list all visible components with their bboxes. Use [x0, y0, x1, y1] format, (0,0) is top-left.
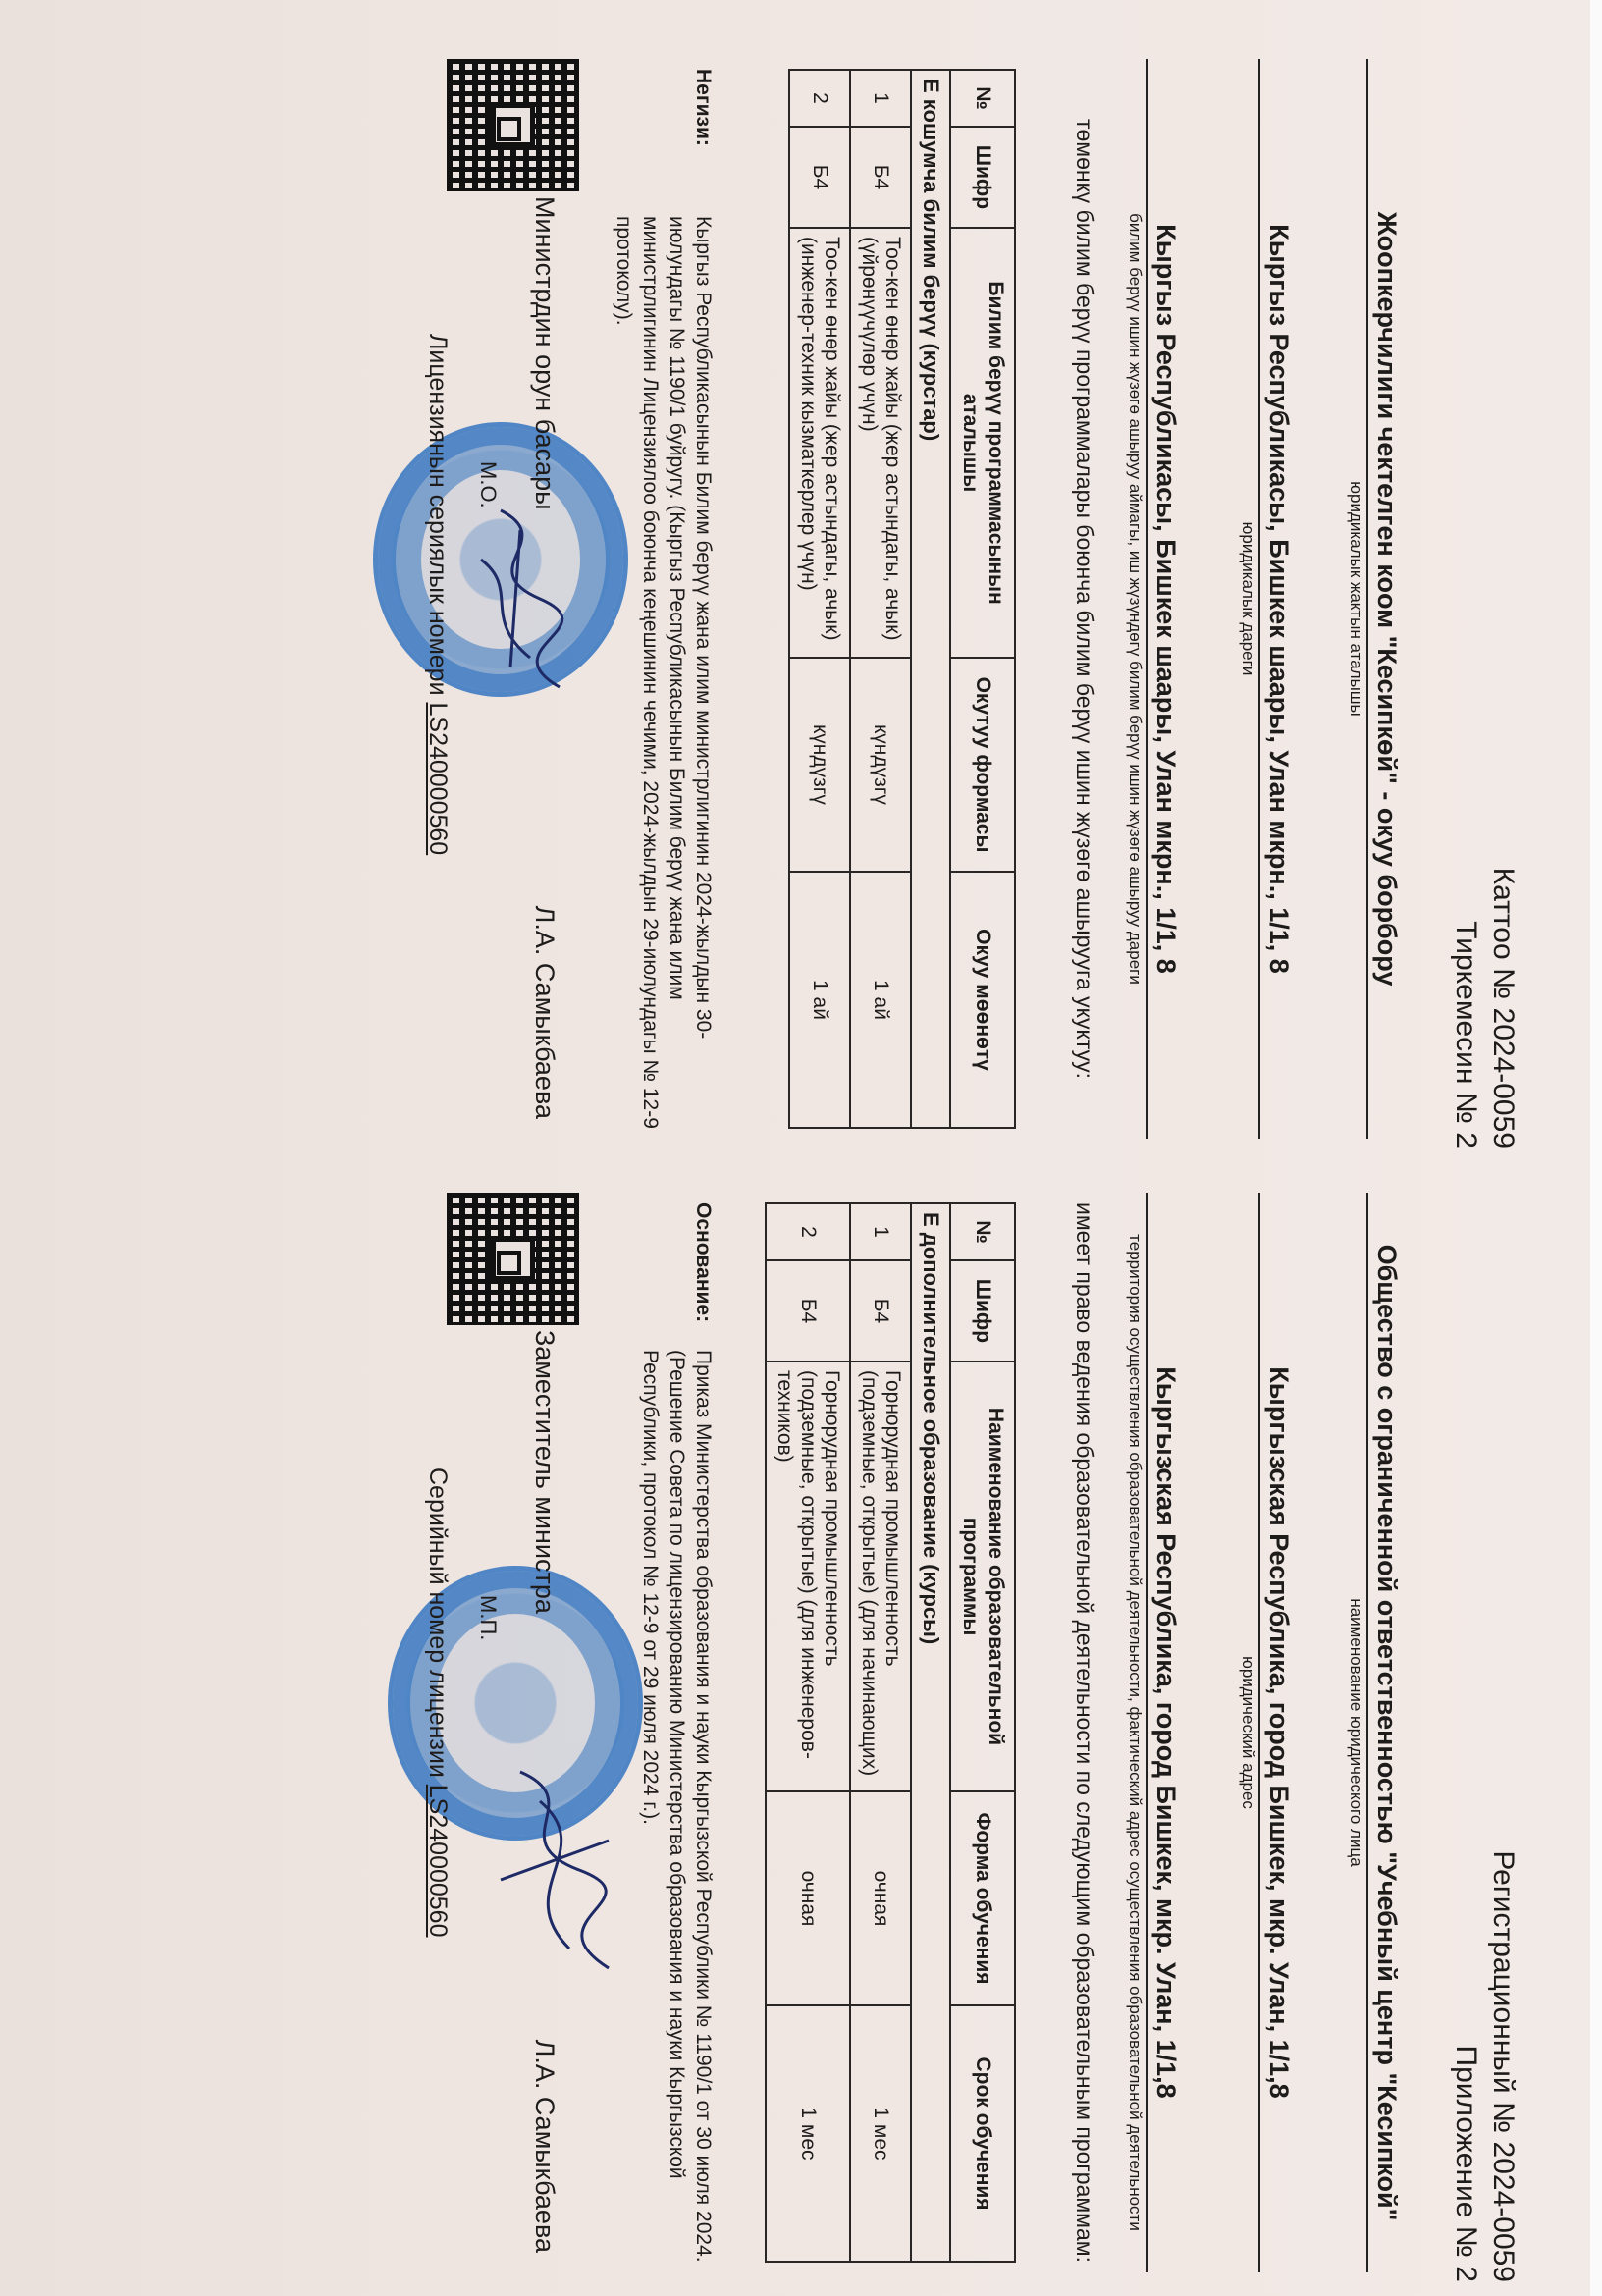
- table-row: 2 Б4 Тоо-кен өнөр жайы (жер астындагы, а…: [789, 70, 850, 1128]
- annex-number: Приложение № 2: [1447, 1850, 1484, 2282]
- col-form: Окутуу формасы: [950, 658, 1015, 872]
- legal-address-caption: юридикалык дареги: [1237, 59, 1258, 1139]
- row-program: Горнорудная промышленность (подземные, о…: [850, 1362, 911, 1791]
- row-code: Б4: [850, 1260, 911, 1362]
- serial-label: Серийный номер лицензии: [424, 1468, 452, 1785]
- basis-text: Приказ Министерства образования и науки …: [637, 1350, 717, 2263]
- row-no: 2: [766, 1203, 850, 1260]
- license-serial: Серийный номер лицензии LS240000560: [423, 1468, 452, 1938]
- row-program: Тоо-кен өнөр жайы (жер астындагы, ачык) …: [789, 228, 850, 658]
- row-term: 1 мес: [766, 2005, 850, 2262]
- org-name-block: Жоопкерчилиги чектелген коом "Кесипкөй" …: [1345, 59, 1404, 1139]
- registration-number: Каттоо № 2024-0059: [1484, 868, 1522, 1148]
- signatory-name: Л.А. Самыкбаева: [529, 906, 560, 1119]
- row-term: 1 ай: [850, 872, 911, 1128]
- row-form: күндүзгү: [789, 658, 850, 872]
- table-section-row: Е дополнительное образование (курсы): [911, 1203, 950, 2262]
- signatory-name: Л.А. Самыкбаева: [529, 2040, 560, 2253]
- row-no: 1: [850, 1203, 911, 1260]
- org-name-block: Общество с ограниченной ответственностью…: [1345, 1193, 1404, 2272]
- row-no: 2: [789, 70, 850, 127]
- kyrgyz-license-annex: Каттоо № 2024-0059 Тиркемесин № 2 Жоопке…: [137, 39, 1561, 1168]
- intro-text: төмөнкү билим берүү программалары боюнча…: [1070, 59, 1099, 1139]
- signature-icon: [491, 1762, 628, 1978]
- programs-table: № Шифр Наименование образовательной прог…: [765, 1202, 1016, 2263]
- license-serial: Лицензиянын сериялык номери LS240000560: [423, 334, 452, 855]
- legal-address-block: Кыргызская Республика, город Бишкек, мкр…: [1237, 1193, 1296, 2272]
- row-form: күндүзгү: [850, 658, 911, 872]
- section-title: Е кошумча билим берүү (курстар): [911, 70, 950, 1128]
- russian-license-annex: Регистрационный № 2024-0059 Приложение №…: [137, 1173, 1561, 2296]
- annex-number: Тиркемесин № 2: [1447, 868, 1484, 1148]
- activity-address-caption: билим берүү ишин жүзөгө ашыруу аймагы, и…: [1124, 59, 1146, 1139]
- row-form: очная: [850, 1791, 911, 2005]
- row-term: 1 ай: [789, 872, 850, 1128]
- basis-block: Негизи: Кыргыз Республикасынын Билим бер…: [611, 69, 717, 1129]
- qr-code-icon: [447, 59, 579, 191]
- seal-place-label: М.П.: [475, 1595, 501, 1640]
- programs-table: № Шифр Билим берүү программасынын аталыш…: [788, 69, 1016, 1129]
- basis-block: Основание: Приказ Министерства образован…: [637, 1202, 717, 2263]
- col-program: Наименование образовательной программы: [950, 1362, 1015, 1791]
- org-name-caption: наименование юридического лица: [1345, 1193, 1366, 2272]
- col-term: Срок обучения: [950, 2005, 1015, 2262]
- serial-label: Лицензиянын сериялык номери: [424, 334, 452, 702]
- org-name: Жоопкерчилиги чектелген коом "Кесипкөй" …: [1366, 59, 1404, 1139]
- legal-address: Кыргызская Республика, город Бишкек, мкр…: [1258, 1193, 1296, 2272]
- signatory-role: Министрдин орун басары: [529, 196, 560, 510]
- row-code: Б4: [789, 127, 850, 228]
- col-term: Окуу мөөнөтү: [950, 872, 1015, 1128]
- col-code: Шифр: [950, 127, 1015, 228]
- row-code: Б4: [766, 1260, 850, 1362]
- org-name-caption: юридикалык жактын аталышы: [1345, 59, 1366, 1139]
- table-header-row: № Шифр Билим берүү программасынын аталыш…: [950, 70, 1015, 1128]
- col-program: Билим берүү программасынын аталышы: [950, 228, 1015, 658]
- col-code: Шифр: [950, 1260, 1015, 1362]
- org-name: Общество с ограниченной ответственностью…: [1366, 1193, 1404, 2272]
- row-term: 1 мес: [850, 2005, 911, 2262]
- legal-address-block: Кыргыз Республикасы, Бишкек шаары, Улан …: [1237, 59, 1296, 1139]
- table-row: 2 Б4 Горнорудная промышленность (подземн…: [766, 1203, 850, 2262]
- basis-text: Кыргыз Республикасынын Билим берүү жана …: [611, 216, 717, 1129]
- registration-block: Каттоо № 2024-0059 Тиркемесин № 2: [1447, 868, 1522, 1148]
- signature-icon: [461, 501, 579, 697]
- signatory-role: Заместитель министра: [529, 1330, 560, 1614]
- basis-label: Негизи:: [611, 69, 717, 216]
- serial-value: LS240000560: [424, 702, 452, 855]
- row-code: Б4: [850, 127, 911, 228]
- registration-block: Регистрационный № 2024-0059 Приложение №…: [1447, 1850, 1522, 2282]
- scan-edge: [1590, 0, 1602, 2296]
- seal-place-label: М.О.: [475, 461, 501, 508]
- activity-address: Кыргызская Республика, город Бишкек, мкр…: [1146, 1193, 1183, 2272]
- legal-address: Кыргыз Республикасы, Бишкек шаары, Улан …: [1258, 59, 1296, 1139]
- activity-address-block: Кыргыз Республикасы, Бишкек шаары, Улан …: [1124, 59, 1183, 1139]
- registration-number: Регистрационный № 2024-0059: [1484, 1850, 1522, 2282]
- serial-value: LS240000560: [424, 1785, 452, 1938]
- activity-address-caption: территория осуществления образовательной…: [1124, 1193, 1146, 2272]
- row-no: 1: [850, 70, 911, 127]
- row-form: очная: [766, 1791, 850, 2005]
- activity-address: Кыргыз Республикасы, Бишкек шаары, Улан …: [1146, 59, 1183, 1139]
- table-section-row: Е кошумча билим берүү (курстар): [911, 70, 950, 1128]
- section-title: Е дополнительное образование (курсы): [911, 1203, 950, 2262]
- activity-address-block: Кыргызская Республика, город Бишкек, мкр…: [1124, 1193, 1183, 2272]
- intro-text: имеет право ведения образовательной деят…: [1070, 1193, 1099, 2272]
- row-program: Тоо-кен өнөр жайы (жер астындагы, ачык) …: [850, 228, 911, 658]
- col-no: №: [950, 1203, 1015, 1260]
- qr-code-icon: [447, 1193, 579, 1325]
- legal-address-caption: юридический адрес: [1237, 1193, 1258, 2272]
- row-program: Горнорудная промышленность (подземные, о…: [766, 1362, 850, 1791]
- basis-label: Основание:: [637, 1202, 717, 1350]
- table-row: 1 Б4 Тоо-кен өнөр жайы (жер астындагы, а…: [850, 70, 911, 1128]
- table-row: 1 Б4 Горнорудная промышленность (подземн…: [850, 1203, 911, 2262]
- col-no: №: [950, 70, 1015, 127]
- table-header-row: № Шифр Наименование образовательной прог…: [950, 1203, 1015, 2262]
- col-form: Форма обучения: [950, 1791, 1015, 2005]
